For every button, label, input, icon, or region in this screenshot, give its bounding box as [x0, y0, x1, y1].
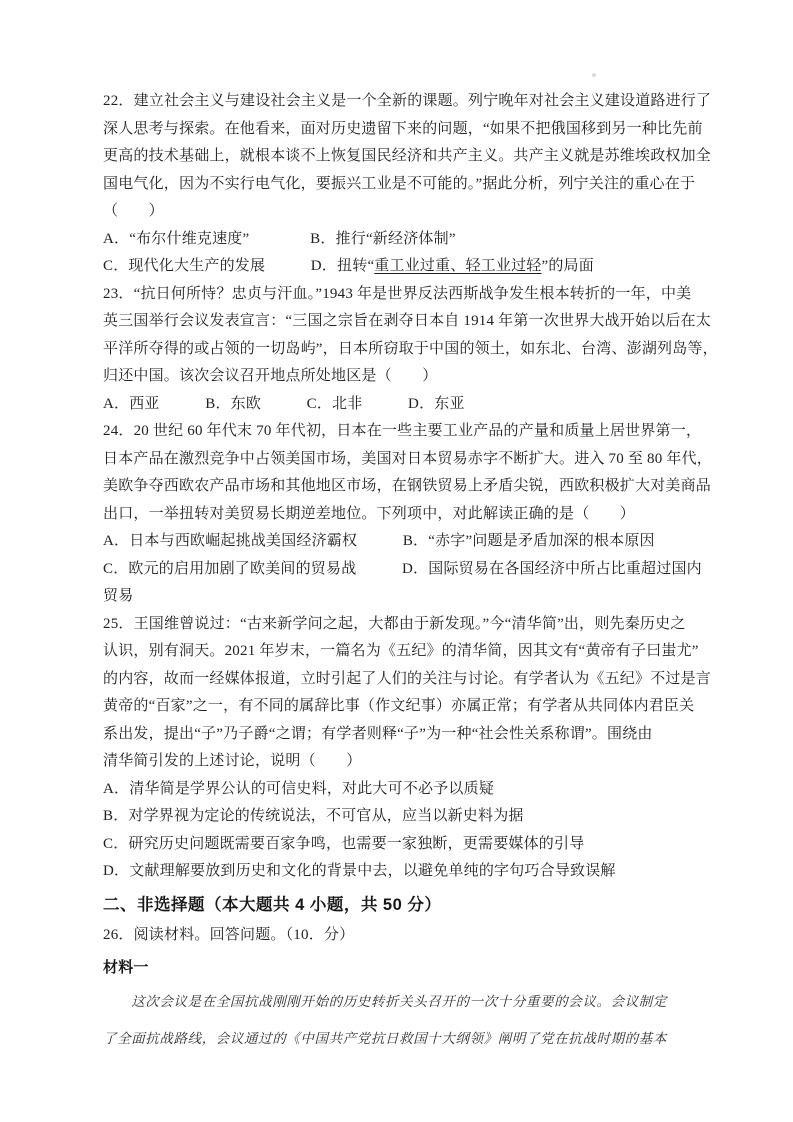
text-run: 25．王国维曾说过：“古来新学问之起，大都由于新发现。”今“清华简”出，则先秦历… [103, 616, 686, 632]
text-run: （ ） [103, 203, 164, 219]
material-1-paragraph: 这次会议是在全国抗战刚刚开始的历史转折关头召开的一次十分重要的会议。会议制定了全… [103, 983, 703, 1057]
underlined-text: 重工业过重、轻工业过轻 [374, 258, 541, 274]
text-line: 归还中国。该次会议召开地点所处地区是（ ） [103, 363, 703, 391]
text-run: A．“布尔什维克速度” B．推行“新经济体制” [103, 231, 456, 247]
material-1-label: 材料一 [103, 953, 703, 983]
text-run: 22．建立社会主义与建设社会主义是一个全新的课题。列宁晚年对社会主义建设道路进行… [103, 93, 711, 109]
question-26-intro: 26．阅读材料。回答问题。（10．分） [103, 922, 703, 950]
text-line: 26．阅读材料。回答问题。（10．分） [103, 922, 703, 950]
text-line: 美欧争夺西欧农产品市场和其他地区市场，在钢铁贸易上矛盾尖锐，西欧积极扩大对美商品 [103, 473, 703, 501]
scan-artifact-dot [592, 73, 596, 77]
text-line: 清华简引发的上述讨论，说明（ ） [103, 748, 703, 776]
text-line: 黄帝的“百家”之一，有不同的属辞比事（作文纪事）亦属正常；有学者从共同体内君臣关 [103, 693, 703, 721]
text-run: 26．阅读材料。回答问题。（10．分） [103, 927, 354, 943]
text-run: C．现代化大生产的发展 D．扭转“ [103, 258, 374, 274]
text-line: 出口，一举扭转对美贸易长期逆差地位。下列项中，对此解读正确的是（ ） [103, 501, 703, 529]
text-run: 认识，别有洞天。2021 年岁末，一篇名为《五纪》的清华简，因其文有“黄帝有子曰… [103, 643, 699, 659]
text-run: 了全面抗战路线，会议通过的《中国共产党抗日救国十大纲领》阐明了党在抗战时期的基本 [103, 1031, 667, 1046]
text-run: 系出发，提出“子”乃子爵“之谓；有学者则释“子”为一种“社会性关系称谓”。围绕由 [103, 726, 653, 742]
text-line: 的内容，故而一经媒体报道，立时引起了人们的关注与讨论。有学者认为《五纪》不过是言 [103, 666, 703, 694]
text-run: 的内容，故而一经媒体报道，立时引起了人们的关注与讨论。有学者认为《五纪》不过是言 [103, 671, 711, 687]
text-run: 贸易 [103, 588, 133, 604]
text-line: 贸易 [103, 583, 703, 611]
text-run: 英三国举行会议发表宣言：“三国之宗旨在剥夺日本自 1914 年第一次世界大战开始… [103, 313, 711, 329]
text-run: 国电气化，因为不实行电气化，要振兴工业是不可能的。”据此分析，列宁关注的重心在于 [103, 176, 695, 192]
text-run: 23．“抗日何所恃？忠贞与汗血。”1943 年是世界反法西斯战争发生根本转折的一… [103, 286, 691, 302]
text-line: B．对学界视为定论的传统说法，不可官从，应当以新史料为据 [103, 803, 703, 831]
text-line: A．西亚 B．东欧 C．北非 D．东亚 [103, 391, 703, 419]
text-line: 国电气化，因为不实行电气化，要振兴工业是不可能的。”据此分析，列宁关注的重心在于 [103, 171, 703, 199]
text-line: 25．王国维曾说过：“古来新学问之起，大都由于新发现。”今“清华简”出，则先秦历… [103, 611, 703, 639]
text-line: 23．“抗日何所恃？忠贞与汗血。”1943 年是世界反法西斯战争发生根本转折的一… [103, 281, 703, 309]
text-run: A．日本与西欧崛起挑战美国经济霸权 B．“赤字”问题是矛盾加深的根本原因 [103, 533, 655, 549]
text-line: 英三国举行会议发表宣言：“三国之宗旨在剥夺日本自 1914 年第一次世界大战开始… [103, 308, 703, 336]
text-run: C．研究历史问题既需要百家争鸣，也需要一家独断，更需要媒体的引导 [103, 836, 584, 852]
question-22: 22．建立社会主义与建设社会主义是一个全新的课题。列宁晚年对社会主义建设道路进行… [103, 88, 703, 281]
text-line: 了全面抗战路线，会议通过的《中国共产党抗日救国十大纲领》阐明了党在抗战时期的基本 [103, 1020, 703, 1057]
text-run: C．欧元的启用加剧了欧美间的贸易战 D．国际贸易在各国经济中所占比重超过国内 [103, 561, 702, 577]
text-line: 平洋所夺得的或占领的一切岛屿”，日本所窃取于中国的领土，如东北、台湾、澎湖列岛等… [103, 336, 703, 364]
text-line: 这次会议是在全国抗战刚刚开始的历史转折关头召开的一次十分重要的会议。会议制定 [103, 983, 703, 1020]
text-run: 深人思考与探索。在他看来，面对历史遗留下来的问题，“如果不把俄国移到另一种比先前 [103, 121, 703, 137]
text-line: 材料一 [103, 953, 703, 983]
text-line: （ ） [103, 198, 703, 226]
question-24: 24．20 世纪 60 年代末 70 年代初，日本在一些主要工业产品的产量和质量… [103, 418, 703, 611]
text-line: 22．建立社会主义与建设社会主义是一个全新的课题。列宁晚年对社会主义建设道路进行… [103, 88, 703, 116]
text-line: 系出发，提出“子”乃子爵“之谓；有学者则释“子”为一种“社会性关系称谓”。围绕由 [103, 721, 703, 749]
document-content: 22．建立社会主义与建设社会主义是一个全新的课题。列宁晚年对社会主义建设道路进行… [103, 88, 703, 1057]
text-run: 更高的技术基础上，就根本谈不上恢复国民经济和共产主义。共产主义就是苏维埃政权加全 [103, 148, 711, 164]
text-line: 深人思考与探索。在他看来，面对历史遗留下来的问题，“如果不把俄国移到另一种比先前 [103, 116, 703, 144]
text-run: 这次会议是在全国抗战刚刚开始的历史转折关头召开的一次十分重要的会议。会议制定 [103, 994, 667, 1009]
text-run: 出口，一举扭转对美贸易长期逆差地位。下列项中，对此解读正确的是（ ） [103, 506, 635, 522]
text-run: 美欧争夺西欧农产品市场和其他地区市场，在钢铁贸易上矛盾尖锐，西欧积极扩大对美商品 [103, 478, 711, 494]
exam-page: { "page": { "background": "#ffffff", "te… [0, 0, 793, 1122]
text-run: D．文献理解要放到历史和文化的背景中去，以避免单纯的字句巧合导致误解 [103, 863, 616, 879]
text-line: A．清华简是学界公认的可信史料，对此大可不必予以质疑 [103, 776, 703, 804]
section-header-non-multiple-choice: 二、非选择题（本大题共 4 小题，共 50 分） [103, 889, 703, 922]
text-run: 平洋所夺得的或占领的一切岛屿”，日本所窃取于中国的领土，如东北、台湾、澎湖列岛等… [103, 341, 718, 357]
question-23: 23．“抗日何所恃？忠贞与汗血。”1943 年是世界反法西斯战争发生根本转折的一… [103, 281, 703, 419]
text-run: 日本产品在激烈竞争中占领美国市场，美国对日本贸易赤字不断扩大。进入 70 至 8… [103, 451, 712, 467]
text-line: A．“布尔什维克速度” B．推行“新经济体制” [103, 226, 703, 254]
text-run: ”的局面 [542, 258, 594, 274]
question-25: 25．王国维曾说过：“古来新学问之起，大都由于新发现。”今“清华简”出，则先秦历… [103, 611, 703, 886]
text-line: 二、非选择题（本大题共 4 小题，共 50 分） [103, 889, 703, 922]
text-line: C．研究历史问题既需要百家争鸣，也需要一家独断，更需要媒体的引导 [103, 831, 703, 859]
text-run: 归还中国。该次会议召开地点所处地区是（ ） [103, 368, 437, 384]
text-line: A．日本与西欧崛起挑战美国经济霸权 B．“赤字”问题是矛盾加深的根本原因 [103, 528, 703, 556]
text-line: 24．20 世纪 60 年代末 70 年代初，日本在一些主要工业产品的产量和质量… [103, 418, 703, 446]
text-run: 黄帝的“百家”之一，有不同的属辞比事（作文纪事）亦属正常；有学者从共同体内君臣关 [103, 698, 694, 714]
text-run: B．对学界视为定论的传统说法，不可官从，应当以新史料为据 [103, 808, 524, 824]
text-run: 清华简引发的上述讨论，说明（ ） [103, 753, 361, 769]
text-run: 24．20 世纪 60 年代末 70 年代初，日本在一些主要工业产品的产量和质量… [103, 423, 701, 439]
text-line: 更高的技术基础上，就根本谈不上恢复国民经济和共产主义。共产主义就是苏维埃政权加全 [103, 143, 703, 171]
text-run: 二、非选择题（本大题共 4 小题，共 50 分） [103, 896, 441, 914]
text-run: 材料一 [103, 959, 149, 976]
text-line: C．现代化大生产的发展 D．扭转“重工业过重、轻工业过轻”的局面 [103, 253, 703, 281]
text-run: A．西亚 B．东欧 C．北非 D．东亚 [103, 396, 465, 412]
text-line: 认识，别有洞天。2021 年岁末，一篇名为《五纪》的清华简，因其文有“黄帝有子曰… [103, 638, 703, 666]
text-line: 日本产品在激烈竞争中占领美国市场，美国对日本贸易赤字不断扩大。进入 70 至 8… [103, 446, 703, 474]
text-line: D．文献理解要放到历史和文化的背景中去，以避免单纯的字句巧合导致误解 [103, 858, 703, 886]
text-line: C．欧元的启用加剧了欧美间的贸易战 D．国际贸易在各国经济中所占比重超过国内 [103, 556, 703, 584]
text-run: A．清华简是学界公认的可信史料，对此大可不必予以质疑 [103, 781, 494, 797]
